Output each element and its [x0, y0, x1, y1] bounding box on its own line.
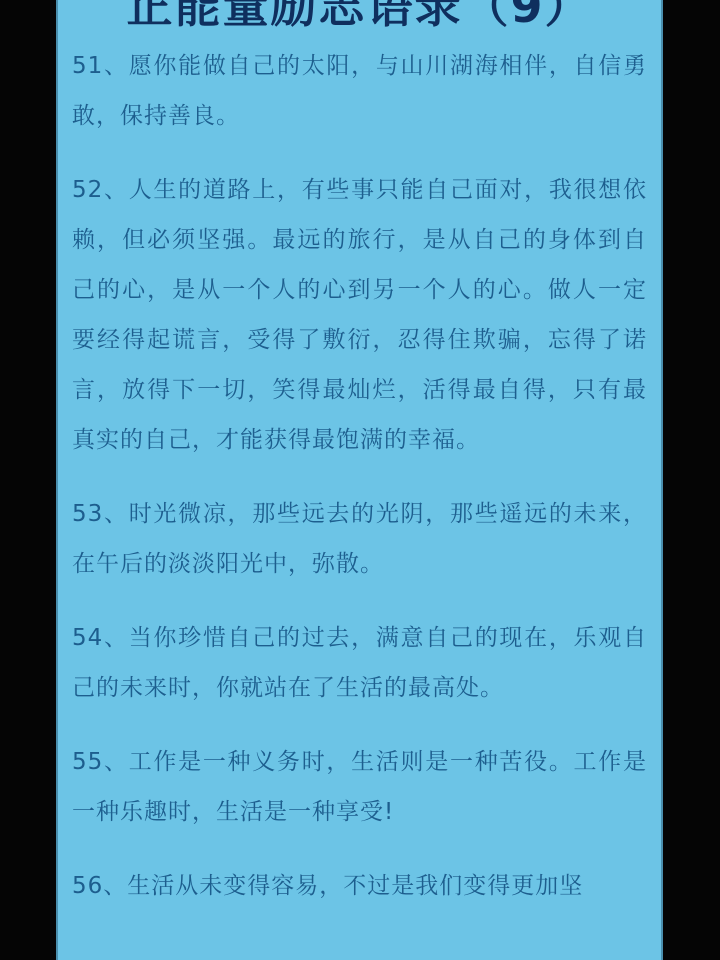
quote-item-55: 55、工作是一种义务时，生活则是一种苦役。工作是一种乐趣时，生活是一种享受!	[72, 737, 647, 837]
quote-list: 51、愿你能做自己的太阳，与山川湖海相伴，自信勇敢，保持善良。 52、人生的道路…	[72, 41, 647, 935]
quote-item-51: 51、愿你能做自己的太阳，与山川湖海相伴，自信勇敢，保持善良。	[72, 41, 647, 141]
quote-item-54: 54、当你珍惜自己的过去，满意自己的现在，乐观自己的未来时，你就站在了生活的最高…	[72, 613, 647, 713]
content-panel: 正能量励志语录（9） 51、愿你能做自己的太阳，与山川湖海相伴，自信勇敢，保持善…	[56, 0, 663, 960]
quote-item-56: 56、生活从未变得容易，不过是我们变得更加坚	[72, 861, 647, 911]
quote-item-53: 53、时光微凉，那些远去的光阴，那些遥远的未来，在午后的淡淡阳光中，弥散。	[72, 489, 647, 589]
page-title: 正能量励志语录（9）	[58, 0, 661, 36]
quote-item-52: 52、人生的道路上，有些事只能自己面对，我很想依赖，但必须坚强。最远的旅行，是从…	[72, 165, 647, 465]
